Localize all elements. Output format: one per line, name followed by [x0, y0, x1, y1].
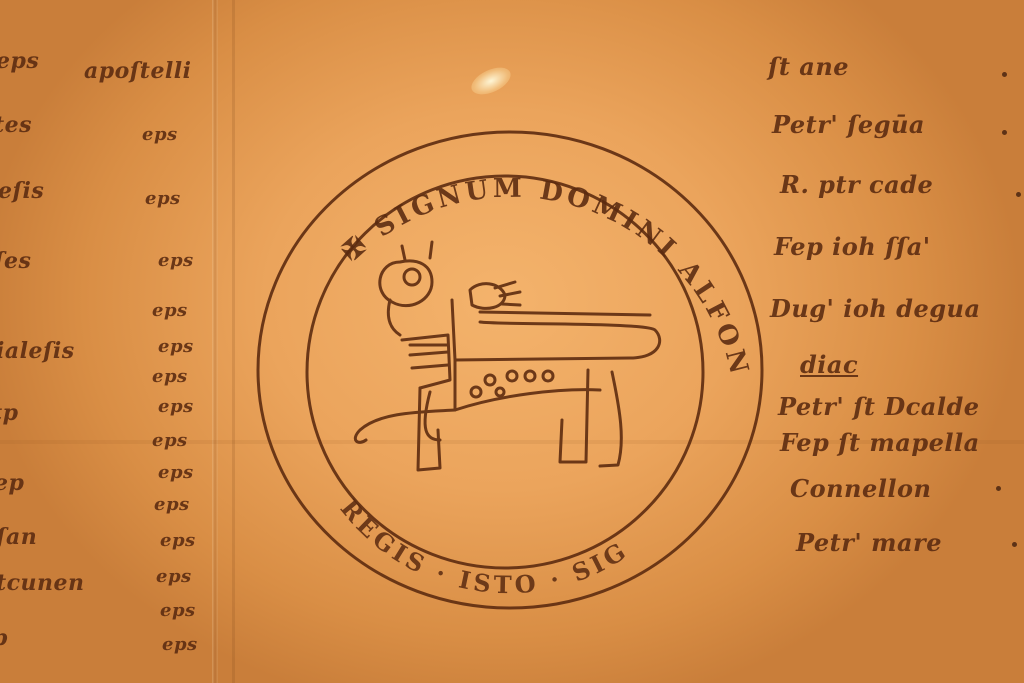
seal-drawing: ✠ SIGNUM DOMINI ALFONSI REGIS · ISTO · S… — [0, 0, 1024, 683]
svg-text:✠ SIGNUM DOMINI ALFONSI: ✠ SIGNUM DOMINI ALFONSI — [0, 0, 755, 381]
manuscript-photo: eps tes eſis ſes ialeſis tp ep ſan tcune… — [0, 0, 1024, 683]
svg-text:REGIS · ISTO · SIG: REGIS · ISTO · SIG — [335, 494, 634, 600]
seal-legend-bottom: REGIS · ISTO · SIG — [335, 494, 634, 600]
seal-legend-top: ✠ SIGNUM DOMINI ALFONSI — [0, 0, 755, 381]
lion-figure — [355, 242, 659, 470]
